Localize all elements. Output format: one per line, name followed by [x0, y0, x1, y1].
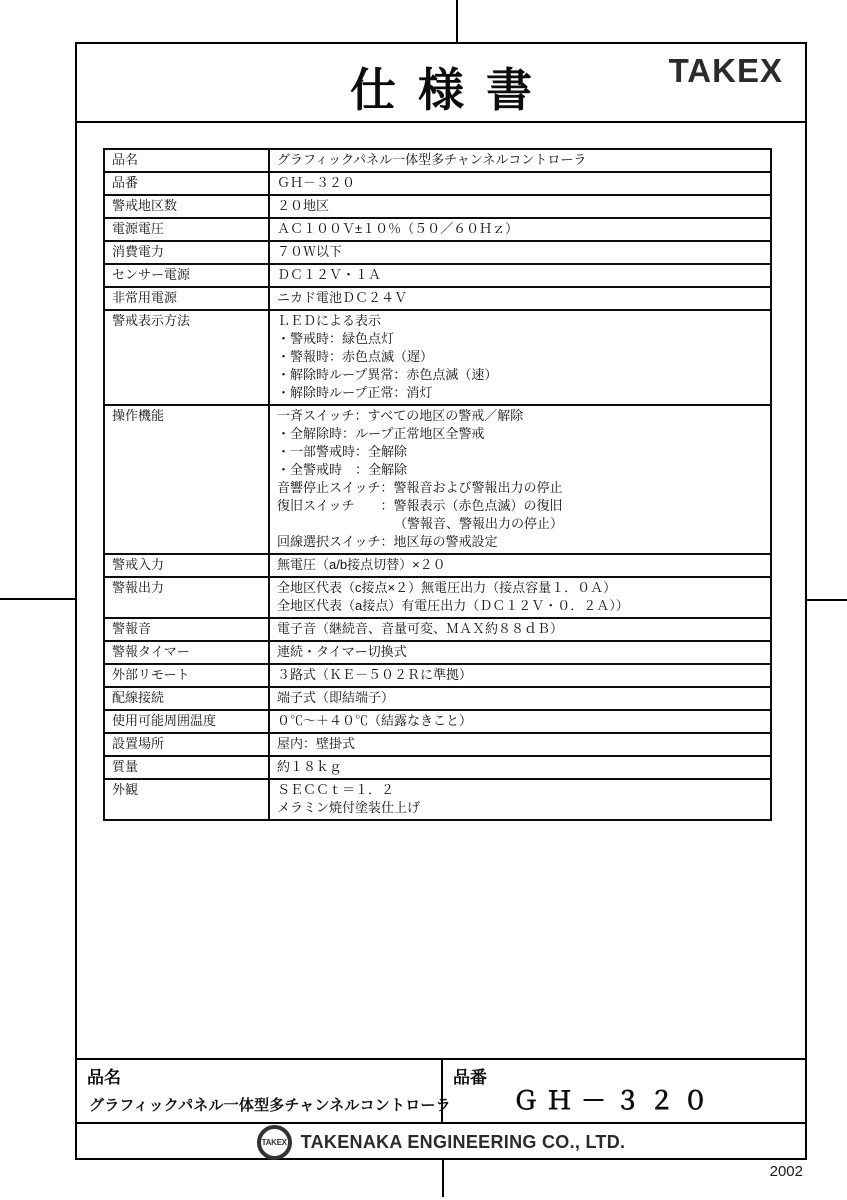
- spec-label: 警報タイマー: [104, 641, 269, 664]
- table-row: 非常用電源 ニカド電池ＤＣ２４Ｖ: [104, 287, 771, 310]
- spec-sheet-page: 仕様書 TAKEX 品名 グラフィックパネル一体型多チャンネルコントローラ 品番…: [0, 0, 847, 1200]
- spec-label: 警報出力: [104, 577, 269, 618]
- table-row: 警戒入力 無電圧（a/b接点切替）×２０: [104, 554, 771, 577]
- product-name-cell: 品名 グラフィックパネル一体型多チャンネルコントローラ: [77, 1060, 443, 1122]
- spec-value: ０℃～＋４０℃（結露なきこと）: [269, 710, 771, 733]
- table-row: 外部リモート ３路式（ＫＥ－５０２Ｒに準拠）: [104, 664, 771, 687]
- table-row: 消費電力 ７０Ｗ以下: [104, 241, 771, 264]
- spec-value-line: 一斉スイッチ：すべての地区の警戒／解除: [277, 407, 763, 425]
- product-name-value: グラフィックパネル一体型多チャンネルコントローラ: [89, 1094, 451, 1115]
- registration-mark-right: [805, 599, 847, 601]
- spec-value: 約１８ｋｇ: [269, 756, 771, 779]
- spec-label: 操作機能: [104, 405, 269, 554]
- spec-value-line: ３路式（ＫＥ－５０２Ｒに準拠）: [277, 666, 763, 684]
- registration-mark-bottom: [442, 1160, 444, 1197]
- spec-label: 警報音: [104, 618, 269, 641]
- spec-value-line: （警報音、警報出力の停止）: [277, 515, 763, 533]
- spec-value: 屋内：壁掛式: [269, 733, 771, 756]
- table-row: 操作機能 一斉スイッチ：すべての地区の警戒／解除・全解除時：ループ正常地区全警戒…: [104, 405, 771, 554]
- spec-value: ７０Ｗ以下: [269, 241, 771, 264]
- spec-label: 設置場所: [104, 733, 269, 756]
- spec-label: 質量: [104, 756, 269, 779]
- spec-label: 使用可能周囲温度: [104, 710, 269, 733]
- spec-value-line: 全地区代表（a接点）有電圧出力（ＤＣ１２Ｖ・０．２Ａ））: [277, 597, 763, 615]
- spec-value: 無電圧（a/b接点切替）×２０: [269, 554, 771, 577]
- table-row: 警報出力 全地区代表（c接点×２）無電圧出力（接点容量１．０Ａ）全地区代表（a接…: [104, 577, 771, 618]
- spec-value: ＬＥＤによる表示・警戒時：緑色点灯・警報時：赤色点滅（遅）・解除時ループ異常：赤…: [269, 310, 771, 405]
- spec-value-line: ＬＥＤによる表示: [277, 312, 763, 330]
- spec-label: 電源電圧: [104, 218, 269, 241]
- spec-label: 品番: [104, 172, 269, 195]
- table-row: 質量 約１８ｋｇ: [104, 756, 771, 779]
- spec-value-line: ＳＥＣＣｔ＝１．２: [277, 781, 763, 799]
- spec-value: グラフィックパネル一体型多チャンネルコントローラ: [269, 149, 771, 172]
- product-number-label: 品番: [453, 1063, 487, 1088]
- product-name-label: 品名: [87, 1063, 121, 1088]
- spec-value: 全地区代表（c接点×２）無電圧出力（接点容量１．０Ａ）全地区代表（a接点）有電圧…: [269, 577, 771, 618]
- spec-value-line: ０℃～＋４０℃（結露なきこと）: [277, 712, 763, 730]
- spec-value-line: ＡＣ１００Ｖ±１０％（５０／６０Ｈｚ）: [277, 220, 763, 238]
- spec-value-line: ニカド電池ＤＣ２４Ｖ: [277, 289, 763, 307]
- spec-value-line: ＧＨ－３２０: [277, 174, 763, 192]
- spec-label: 品名: [104, 149, 269, 172]
- table-row: 警報タイマー 連続・タイマー切換式: [104, 641, 771, 664]
- spec-value-line: 電子音（継続音、音量可変、ＭＡＸ約８８ｄＢ）: [277, 620, 763, 638]
- table-row: 設置場所 屋内：壁掛式: [104, 733, 771, 756]
- spec-value-line: 無電圧（a/b接点切替）×２０: [277, 556, 763, 574]
- spec-label: 配線接続: [104, 687, 269, 710]
- spec-value: ニカド電池ＤＣ２４Ｖ: [269, 287, 771, 310]
- spec-label: 非常用電源: [104, 287, 269, 310]
- table-row: 使用可能周囲温度 ０℃～＋４０℃（結露なきこと）: [104, 710, 771, 733]
- spec-value-line: ・解除時ループ異常：赤色点滅（速）: [277, 366, 763, 384]
- table-row: 警戒地区数 ２０地区: [104, 195, 771, 218]
- footer-band: TAKEX TAKENAKA ENGINEERING CO., LTD.: [77, 1122, 805, 1160]
- spec-label: センサー電源: [104, 264, 269, 287]
- spec-label: 警戒表示方法: [104, 310, 269, 405]
- spec-value: ２０地区: [269, 195, 771, 218]
- spec-value: 一斉スイッチ：すべての地区の警戒／解除・全解除時：ループ正常地区全警戒・一部警戒…: [269, 405, 771, 554]
- table-row: 電源電圧 ＡＣ１００Ｖ±１０％（５０／６０Ｈｚ）: [104, 218, 771, 241]
- spec-value-line: 復旧スイッチ ：警報表示（赤色点滅）の復旧: [277, 497, 763, 515]
- brand-logo-text: TAKEX: [669, 52, 783, 90]
- spec-value: ＳＥＣＣｔ＝１．２メラミン焼付塗装仕上げ: [269, 779, 771, 820]
- spec-value-line: ・全解除時：ループ正常地区全警戒: [277, 425, 763, 443]
- spec-value-line: 約１８ｋｇ: [277, 758, 763, 776]
- spec-value: 端子式（即結端子）: [269, 687, 771, 710]
- table-row: 警戒表示方法 ＬＥＤによる表示・警戒時：緑色点灯・警報時：赤色点滅（遅）・解除時…: [104, 310, 771, 405]
- spec-label: 警戒地区数: [104, 195, 269, 218]
- product-number-value: ＧＨ－３２０: [513, 1081, 717, 1117]
- spec-value: ＤＣ１２Ｖ・１Ａ: [269, 264, 771, 287]
- spec-label: 外部リモート: [104, 664, 269, 687]
- spec-value: 連続・タイマー切換式: [269, 641, 771, 664]
- spec-value-line: 回線選択スイッチ：地区毎の警戒設定: [277, 533, 763, 551]
- takex-ring-icon: TAKEX: [257, 1125, 292, 1160]
- spec-value-line: ・警戒時：緑色点灯: [277, 330, 763, 348]
- spec-value-line: 全地区代表（c接点×２）無電圧出力（接点容量１．０Ａ）: [277, 579, 763, 597]
- spec-value: ＧＨ－３２０: [269, 172, 771, 195]
- spec-value-line: メラミン焼付塗装仕上げ: [277, 799, 763, 817]
- spec-table: 品名 グラフィックパネル一体型多チャンネルコントローラ 品番 ＧＨ－３２０ 警戒…: [103, 148, 772, 821]
- year-note: 2002: [770, 1163, 803, 1180]
- table-row: 品番 ＧＨ－３２０: [104, 172, 771, 195]
- spec-value-line: ＤＣ１２Ｖ・１Ａ: [277, 266, 763, 284]
- table-row: センサー電源 ＤＣ１２Ｖ・１Ａ: [104, 264, 771, 287]
- spec-value-line: ７０Ｗ以下: [277, 243, 763, 261]
- title-band: 仕様書 TAKEX: [77, 44, 805, 123]
- spec-value-line: 連続・タイマー切換式: [277, 643, 763, 661]
- spec-value-line: グラフィックパネル一体型多チャンネルコントローラ: [277, 151, 763, 169]
- company-name: TAKENAKA ENGINEERING CO., LTD.: [301, 1132, 626, 1153]
- spec-value-line: ・一部警戒時：全解除: [277, 443, 763, 461]
- spec-label: 消費電力: [104, 241, 269, 264]
- table-row: 品名 グラフィックパネル一体型多チャンネルコントローラ: [104, 149, 771, 172]
- registration-mark-left: [0, 598, 77, 600]
- spec-value: ３路式（ＫＥ－５０２Ｒに準拠）: [269, 664, 771, 687]
- spec-value-line: ２０地区: [277, 197, 763, 215]
- spec-value-line: 音響停止スイッチ：警報音および警報出力の停止: [277, 479, 763, 497]
- spec-value-line: ・解除時ループ正常：消灯: [277, 384, 763, 402]
- spec-value-line: ・警報時：赤色点滅（遅）: [277, 348, 763, 366]
- table-row: 配線接続 端子式（即結端子）: [104, 687, 771, 710]
- document-frame: 仕様書 TAKEX 品名 グラフィックパネル一体型多チャンネルコントローラ 品番…: [75, 42, 807, 1160]
- takex-ring-icon-text: TAKEX: [262, 1138, 287, 1147]
- spec-value-line: ・全警戒時 ：全解除: [277, 461, 763, 479]
- spec-value-line: 屋内：壁掛式: [277, 735, 763, 753]
- spec-value: ＡＣ１００Ｖ±１０％（５０／６０Ｈｚ）: [269, 218, 771, 241]
- table-row: 外観 ＳＥＣＣｔ＝１．２メラミン焼付塗装仕上げ: [104, 779, 771, 820]
- spec-label: 外観: [104, 779, 269, 820]
- spec-value: 電子音（継続音、音量可変、ＭＡＸ約８８ｄＢ）: [269, 618, 771, 641]
- bottom-block: 品名 グラフィックパネル一体型多チャンネルコントローラ 品番 ＧＨ－３２０: [77, 1058, 805, 1122]
- registration-mark-top: [456, 0, 458, 42]
- product-number-cell: 品番 ＧＨ－３２０: [443, 1060, 805, 1122]
- spec-label: 警戒入力: [104, 554, 269, 577]
- table-row: 警報音 電子音（継続音、音量可変、ＭＡＸ約８８ｄＢ）: [104, 618, 771, 641]
- spec-value-line: 端子式（即結端子）: [277, 689, 763, 707]
